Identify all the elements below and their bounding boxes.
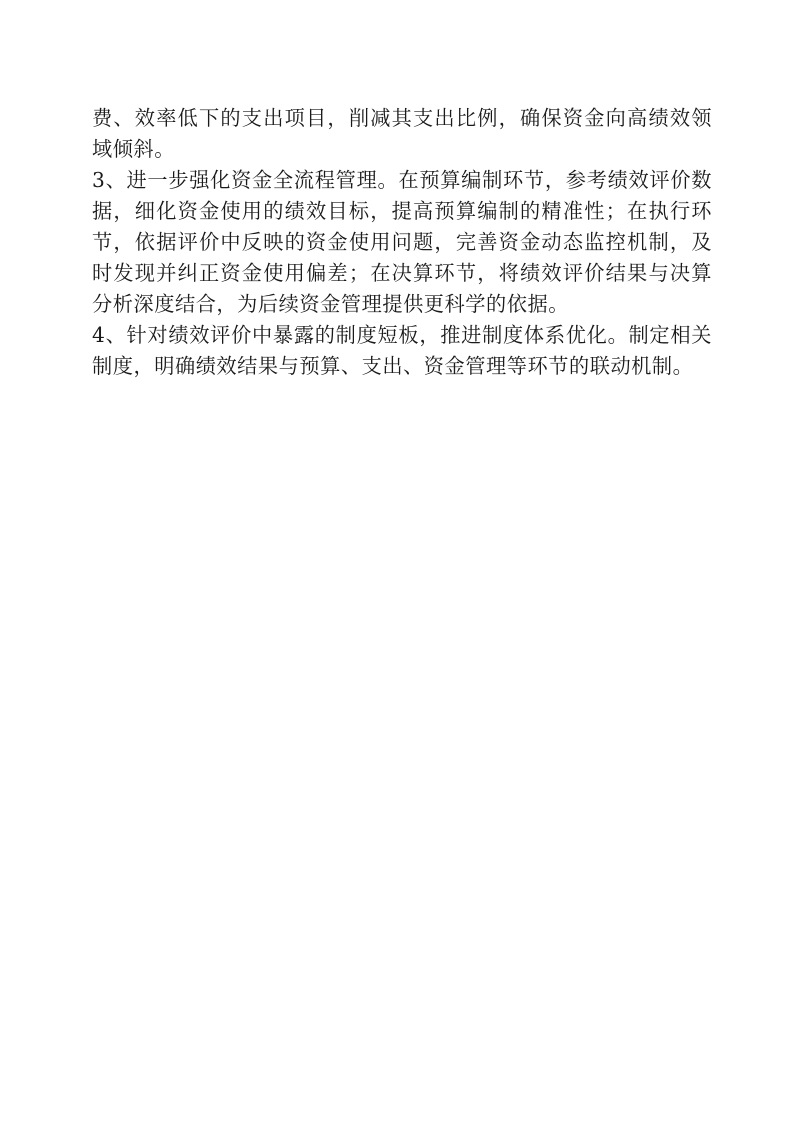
paragraph-continuation: 费、效率低下的支出项目，削减其支出比例，确保资金向高绩效领域倾斜。 [92,103,712,165]
paragraph-item-4: 4、针对绩效评价中暴露的制度短板，推进制度体系优化。制定相关制度，明确绩效结果与… [92,320,712,382]
document-page: 费、效率低下的支出项目，削减其支出比例，确保资金向高绩效领域倾斜。 3、进一步强… [92,103,712,382]
paragraph-item-3: 3、进一步强化资金全流程管理。在预算编制环节，参考绩效评价数据，细化资金使用的绩… [92,165,712,320]
